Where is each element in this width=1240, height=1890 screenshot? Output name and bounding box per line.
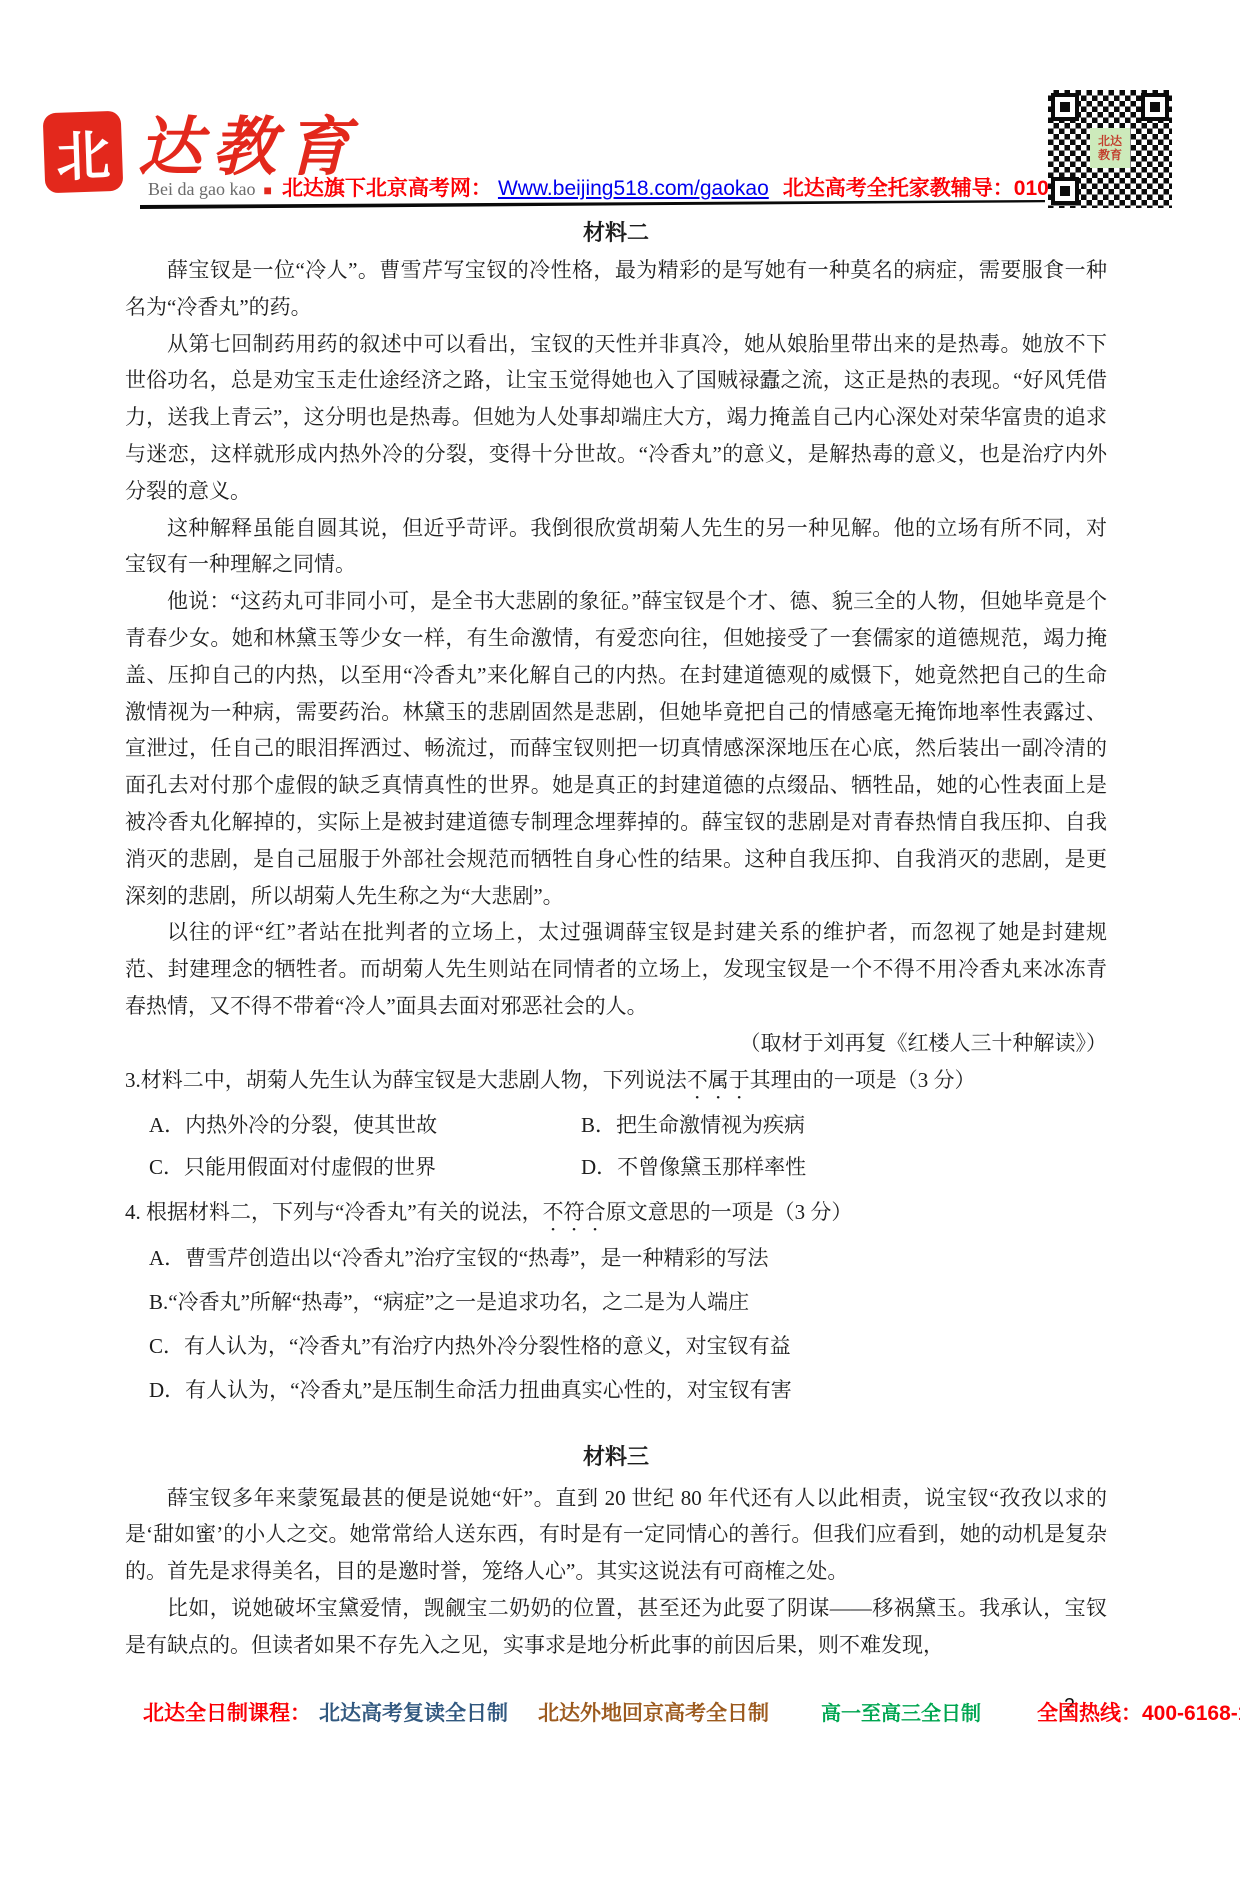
material2-paragraph: 从第七回制药用药的叙述中可以看出，宝钗的天性并非真冷，她从娘胎里带出来的是热毒。… <box>125 326 1107 510</box>
question-3-options: A．内热外冷的分裂，使其世故 B．把生命激情视为疾病 C．只能用假面对付虚假的世… <box>149 1104 1107 1188</box>
question-4-stem-post: 原文意思的一项是（3 分） <box>606 1200 853 1224</box>
footer-banner: 北达全日制课程： 北达高考复读全日制 北达外地回京高考全日制 高一至高三全日制 … <box>143 1697 1133 1727</box>
question-4-stem-emphasis: 不符合 <box>543 1200 606 1224</box>
material2-paragraph: 薛宝钗是一位“冷人”。曹雪芹写宝钗的冷性格，最为精彩的是写她有一种莫名的病症，需… <box>125 252 1107 326</box>
logo-seal-glyph: 北 <box>55 113 112 192</box>
material2-paragraph: 这种解释虽能自圆其说，但近乎苛评。我倒很欣赏胡菊人先生的另一种见解。他的立场有所… <box>125 510 1107 584</box>
qr-center-label: 北达 教育 <box>1090 128 1130 168</box>
question-4-option-b: B.“冷香丸”所解“热毒”，“病症”之一是追求功名，之二是为人端庄 <box>149 1280 1107 1324</box>
qr-center-label-line2: 教育 <box>1090 148 1130 162</box>
material2-heading: 材料二 <box>125 214 1107 252</box>
material3-heading: 材料三 <box>125 1438 1107 1476</box>
question-3-option-b: B．把生命激情视为疾病 <box>581 1104 1107 1146</box>
qr-finder-top-right <box>1141 93 1169 121</box>
footer-course-item-grades: 高一至高三全日制 <box>821 1697 981 1726</box>
question-3-option-c: C．只能用假面对付虚假的世界 <box>149 1146 581 1188</box>
material3-paragraph: 薛宝钗多年来蒙冤最甚的便是说她“奸”。直到 20 世纪 80 年代还有人以此相责… <box>125 1480 1107 1590</box>
logo-subtitle: Bei da gao kao <box>148 179 255 200</box>
question-4-option-d: D．有人认为，“冷香丸”是压制生命活力扭曲真实心性的，对宝钗有害 <box>149 1368 1107 1412</box>
qr-finder-top-left <box>1051 93 1079 121</box>
question-3-stem-post: 其理由的一项是（3 分） <box>750 1068 976 1092</box>
red-square-icon: ■ <box>263 184 271 200</box>
question-3-stem-emphasis: 不属于 <box>687 1068 750 1092</box>
qr-finder-bottom-left <box>1051 177 1079 205</box>
question-3-stem-pre: 3.材料二中，胡菊人先生认为薛宝钗是大悲剧人物，下列说法 <box>125 1068 687 1092</box>
material2-attribution: （取材于刘再复《红楼人三十种解读》） <box>125 1025 1107 1062</box>
question-3-option-d: D．不曾像黛玉那样率性 <box>581 1146 1107 1188</box>
question-3-stem: 3.材料二中，胡菊人先生认为薛宝钗是大悲剧人物，下列说法不属于其理由的一项是（3… <box>125 1062 1107 1104</box>
site-url-link[interactable]: Www.beijing518.com/gaokao <box>498 177 769 201</box>
footer-course-item-repeat: 北达高考复读全日制 <box>319 1697 508 1727</box>
question-4-stem-pre: 4. 根据材料二，下列与“冷香丸”有关的说法， <box>125 1200 543 1224</box>
qr-center-label-line1: 北达 <box>1090 134 1130 148</box>
footer-course-item-return: 北达外地回京高考全日制 <box>538 1697 769 1727</box>
question-4-option-a: A．曹雪芹创造出以“冷香丸”治疗宝钗的“热毒”，是一种精彩的写法 <box>149 1236 1107 1280</box>
document-body: 材料二 薛宝钗是一位“冷人”。曹雪芹写宝钗的冷性格，最为精彩的是写她有一种莫名的… <box>125 214 1107 1724</box>
question-3-option-a: A．内热外冷的分裂，使其世故 <box>149 1104 581 1146</box>
material3-paragraph: 比如，说她破坏宝黛爱情，觊觎宝二奶奶的位置，甚至还为此耍了阴谋——移祸黛玉。我承… <box>125 1590 1107 1664</box>
logo-seal: 北 <box>46 114 121 190</box>
material2-paragraph: 他说：“这药丸可非同小可，是全书大悲剧的象征。”薛宝钗是个才、德、貌三全的人物，… <box>125 583 1107 914</box>
material2-paragraph: 以往的评“红”者站在批判者的立场上，太过强调薛宝钗是封建关系的维护者，而忽视了她… <box>125 914 1107 1024</box>
question-4-option-c: C．有人认为，“冷香丸”有治疗内热外冷分裂性格的意义，对宝钗有益 <box>149 1324 1107 1368</box>
question-4-stem: 4. 根据材料二，下列与“冷香丸”有关的说法，不符合原文意思的一项是（3 分） <box>125 1194 1107 1236</box>
qr-code: 北达 教育 <box>1048 90 1172 208</box>
footer-course-label: 北达全日制课程： <box>143 1697 311 1727</box>
footer-hotline: 全国热线：400-6168-182 <box>1037 1697 1240 1727</box>
question-4-options: A．曹雪芹创造出以“冷香丸”治疗宝钗的“热毒”，是一种精彩的写法 B.“冷香丸”… <box>149 1236 1107 1412</box>
site-label: 北达旗下北京高考网： <box>282 172 492 202</box>
header-tagline: Bei da gao kao ■ 北达旗下北京高考网： Www.beijing5… <box>148 172 1108 202</box>
